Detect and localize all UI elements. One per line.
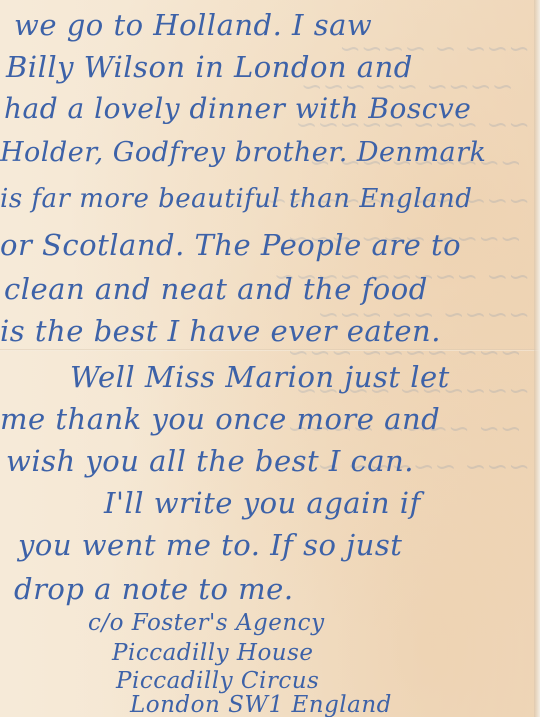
letter-line: wish you all the best I can. xyxy=(6,444,414,478)
letter-line: had a lovely dinner with Boscve xyxy=(4,92,471,126)
letter-line: is far more beautiful than England xyxy=(0,182,472,216)
letter-line: Billy Wilson in London and xyxy=(6,50,413,84)
letter-line: clean and neat and the food xyxy=(4,272,428,306)
address-line: Piccadilly House xyxy=(112,640,314,666)
address-line: London SW1 England xyxy=(130,692,392,717)
letter-page: ~~~ ~ ~~~~ ~~~~ ~~ ~~~ ~~ ~~~ ~~~~~ ~~~~… xyxy=(0,0,540,717)
letter-line: you went me to. If so just xyxy=(18,528,402,562)
letter-line: or Scotland. The People are to xyxy=(0,228,461,262)
address-line: Piccadilly Circus xyxy=(116,668,319,694)
letter-line: I'll write you again if xyxy=(104,486,421,520)
letter-line: Well Miss Marion just let xyxy=(70,360,450,394)
letter-line: Holder, Godfrey brother. Denmark xyxy=(0,136,486,170)
letter-line: me thank you once more and xyxy=(0,402,440,436)
letter-line: we go to Holland. I saw xyxy=(14,8,372,42)
letter-line: drop a note to me. xyxy=(14,572,294,606)
letter-line: is the best I have ever eaten. xyxy=(0,314,441,348)
address-line: c/o Foster's Agency xyxy=(88,610,325,636)
letter-body: we go to Holland. I saw Billy Wilson in … xyxy=(0,0,540,717)
